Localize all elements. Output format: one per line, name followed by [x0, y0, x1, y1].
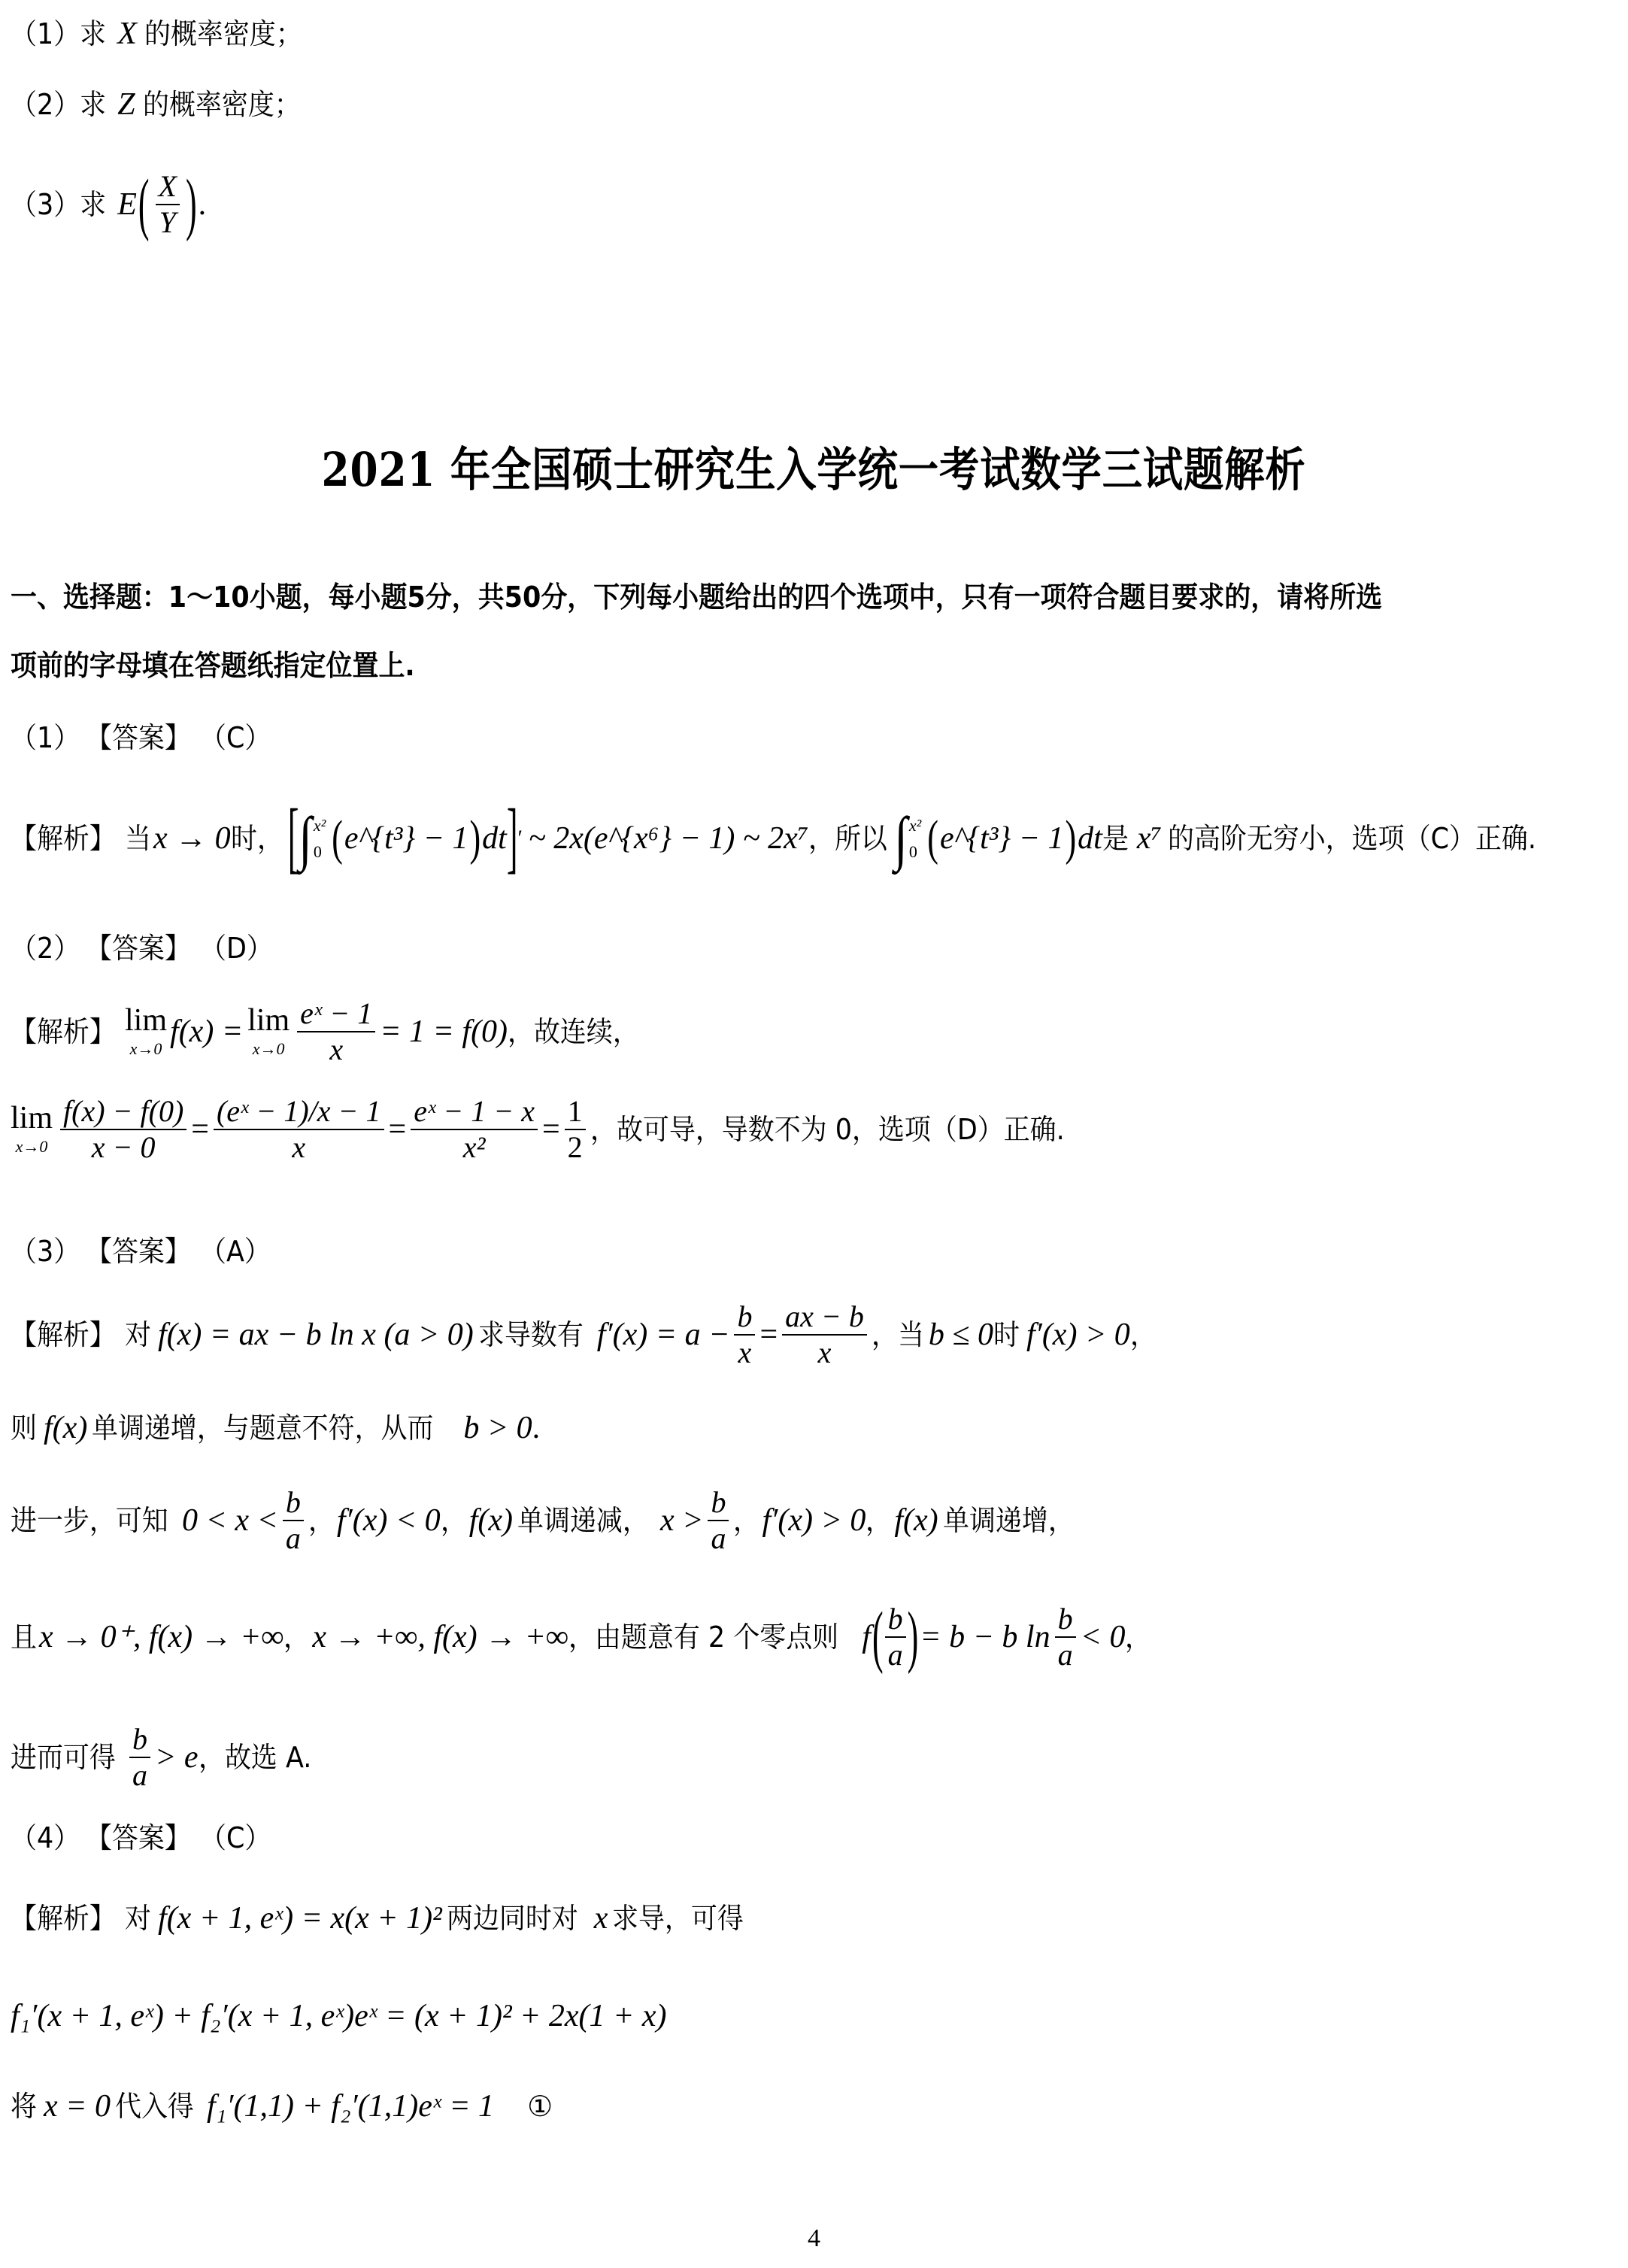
q3-line-5: 进而可得 ba > e ，故选 A. [11, 1722, 321, 1793]
equation-marker: ① [527, 2092, 553, 2121]
q1-analysis: 【解析】 当 x → 0 时， [ ∫ x²0 ( e^{t³} − 1 ) d… [11, 812, 1569, 865]
page-title: 2021 年全国硕士研究生入学统一考试数学三试题解析 [0, 432, 1628, 499]
q4-answer: （4） 【答案】 （C） [11, 1824, 277, 1852]
q1-answer: （1） 【答案】 （C） [11, 723, 277, 752]
q3-line-2: 则 f(x) 单调递增，与题意不符，从而 b > 0 . [11, 1412, 540, 1444]
q4-substitution: 将 x = 0 代入得 f₁′(1,1) + f₂′(1,1)eˣ = 1 ① [11, 2091, 553, 2122]
q3-line-4: 且 x → 0⁺, f(x) → +∞ ， x → +∞, f(x) → +∞ … [11, 1602, 1154, 1672]
subquestion-3: （3）求 E ( X Y ) . [11, 169, 206, 240]
q2-analysis: 【解析】 limx→0 f(x) = limx→0 eˣ − 1x = 1 = … [11, 996, 650, 1067]
q2-answer: （2） 【答案】 （D） [11, 934, 279, 963]
q4-equation: f₁′(x + 1, eˣ) + f₂′(x + 1, eˣ)eˣ = (x +… [11, 2000, 666, 2032]
q3-answer: （3） 【答案】 （A） [11, 1237, 277, 1266]
q2-derivative-limit: limx→0 f(x) − f(0)x − 0 = (eˣ − 1)/x − 1… [11, 1094, 1105, 1165]
q4-analysis: 【解析】 对 f(x + 1, eˣ) = x(x + 1)² 两边同时对 x … [11, 1903, 755, 1934]
page-number: 4 [0, 2224, 1628, 2253]
subquestion-1: （1）求 X 的概率密度； [11, 18, 316, 50]
section-heading-line-2: 项前的字母填在答题纸指定位置上. [11, 651, 450, 680]
subquestion-2: （2）求 Z 的概率密度； [11, 89, 314, 120]
q3-analysis: 【解析】 对 f(x) = ax − b ln x (a > 0) 求导数有 f… [11, 1299, 1159, 1370]
fraction-x-over-y: X Y [156, 169, 180, 240]
section-heading-line-1: 一、选择题：1～10小题，每小题5分，共50分，下列每小题给出的四个选项中，只有… [11, 583, 1502, 611]
q3-line-3: 进一步，可知 0 < x < ba ， f′(x) < 0 ， f(x) 单调递… [11, 1485, 1086, 1556]
